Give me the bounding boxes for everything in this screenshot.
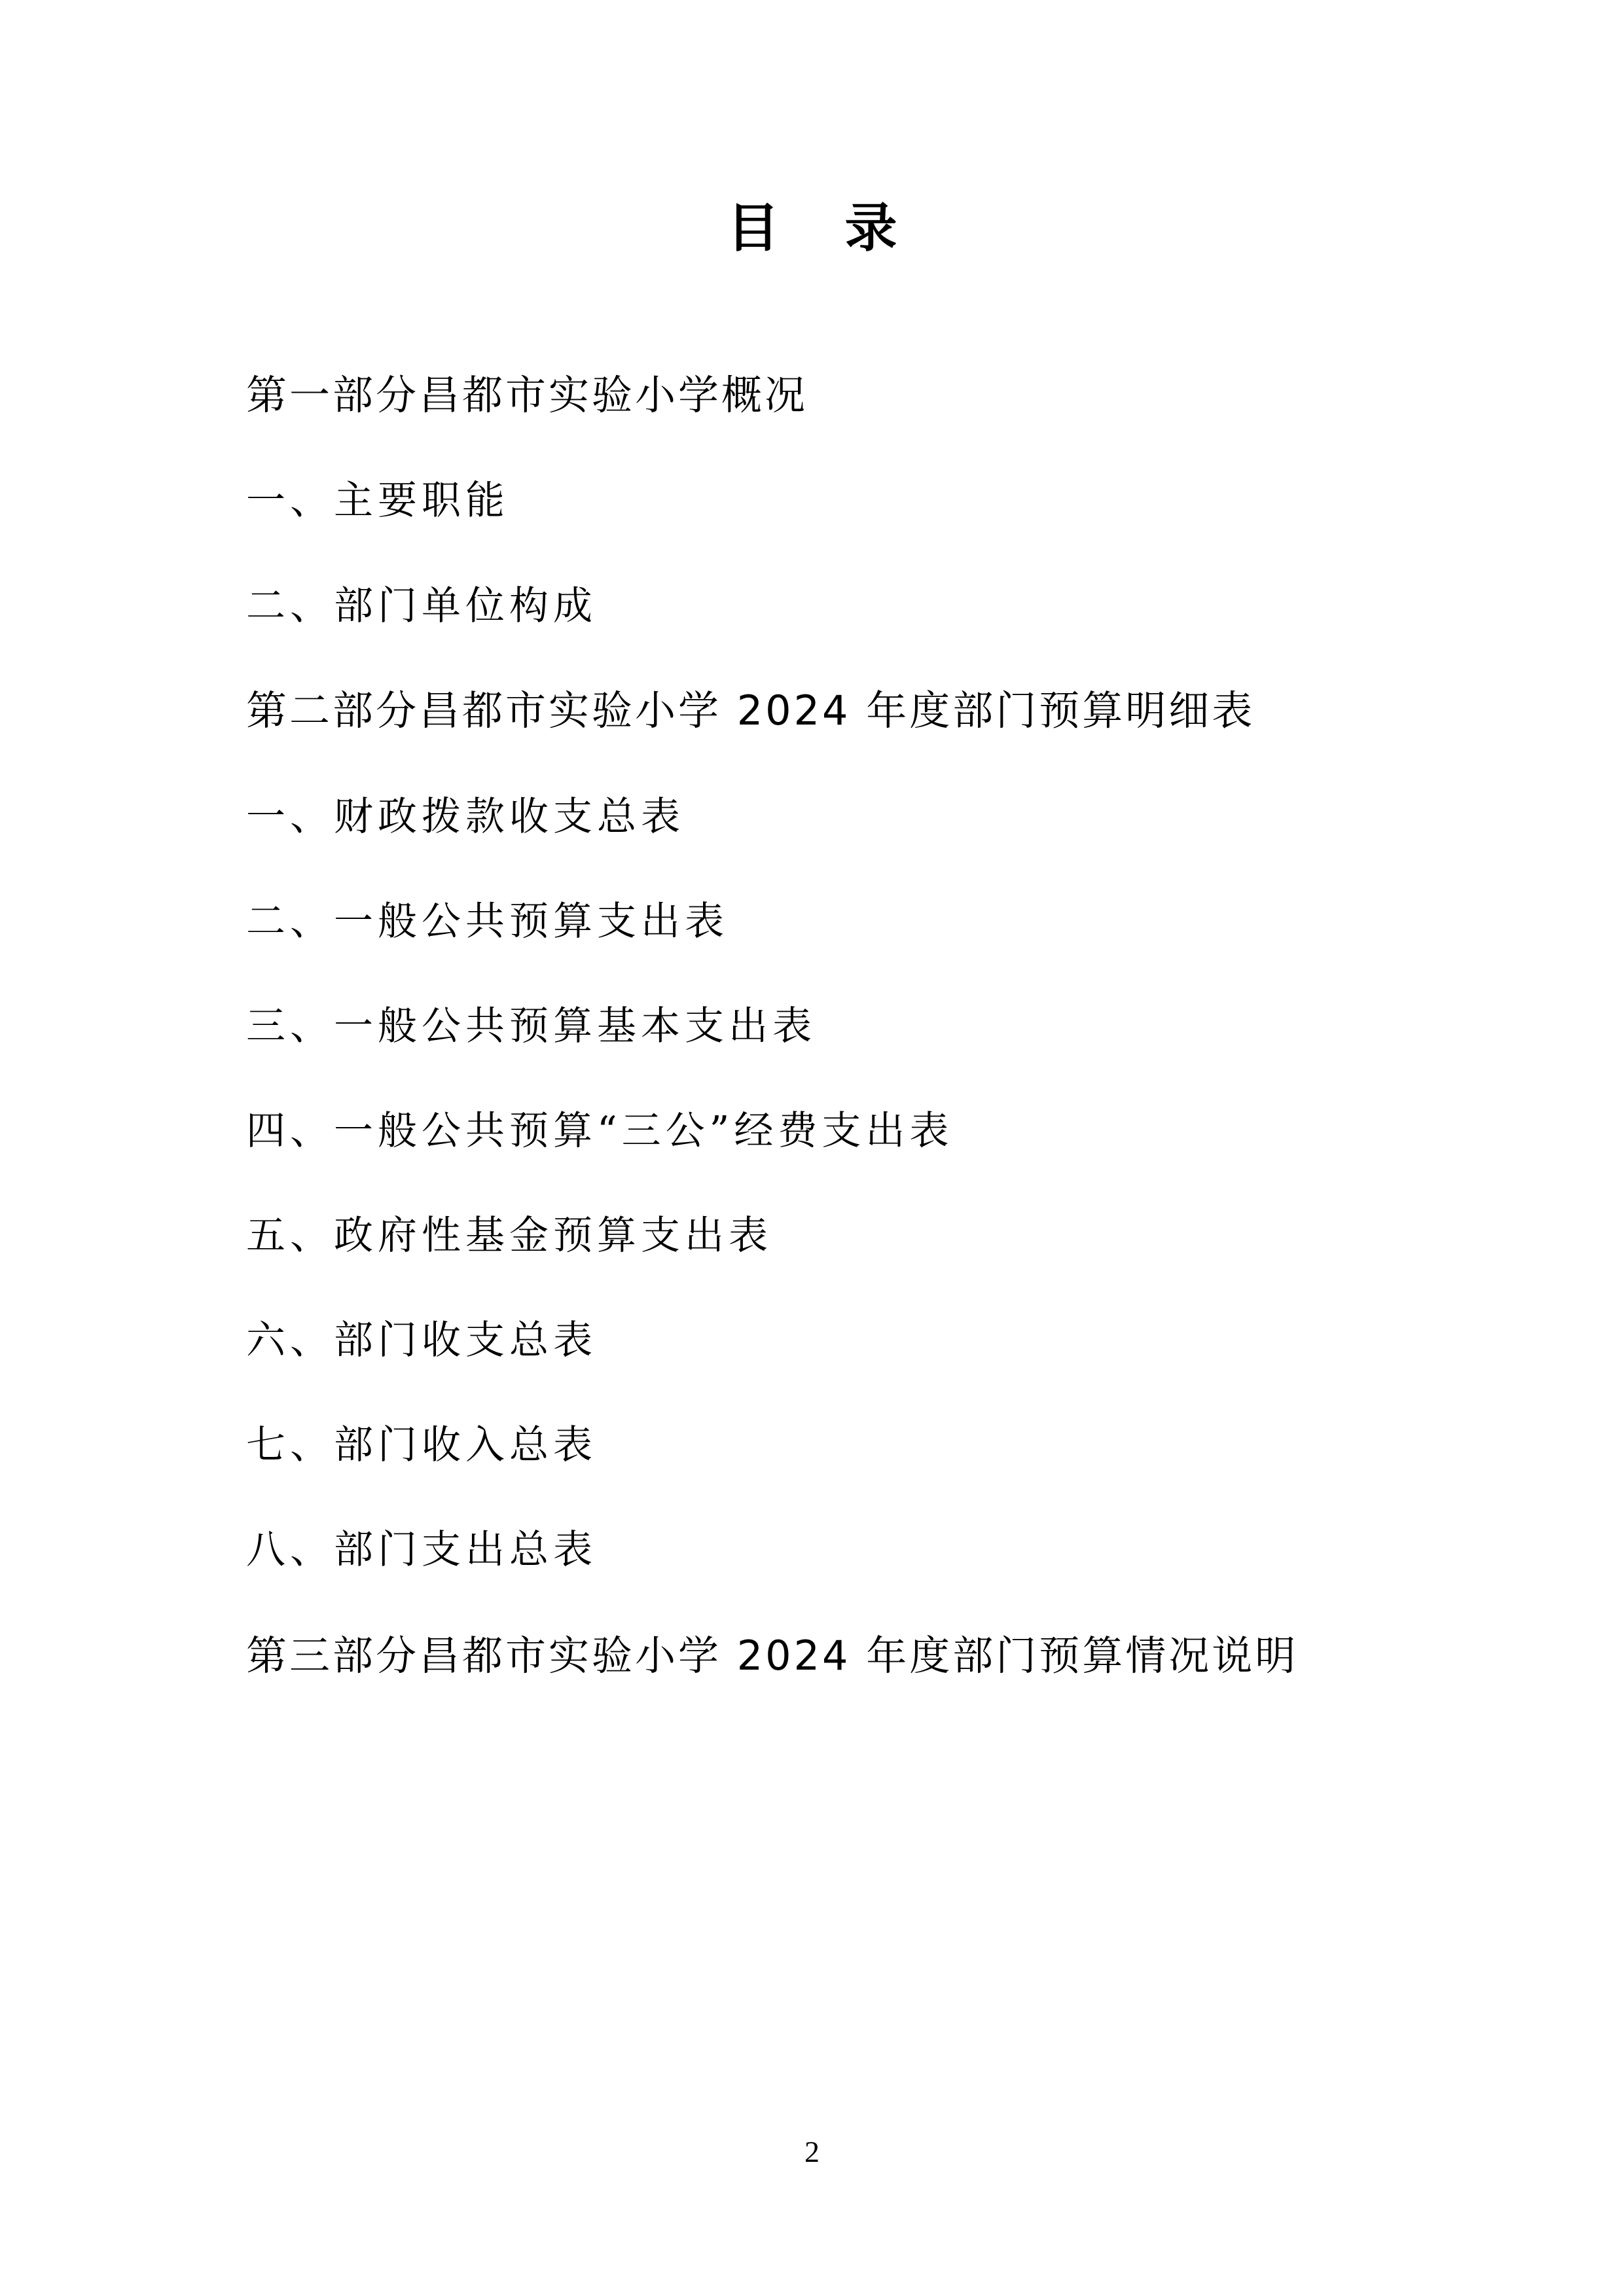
- page-title: 目录: [0, 195, 1624, 260]
- toc-item-main-functions[interactable]: 一、主要职能: [246, 477, 509, 524]
- toc-item-general-public-budget-expenditure[interactable]: 二、一般公共预算支出表: [246, 898, 729, 945]
- toc-item-general-public-budget-basic-expenditure[interactable]: 三、一般公共预算基本支出表: [246, 1003, 816, 1050]
- toc-item-department-expenditure-summary[interactable]: 八、部门支出总表: [246, 1526, 597, 1573]
- page-number: 2: [0, 2132, 1624, 2172]
- toc-item-department-units[interactable]: 二、部门单位构成: [246, 583, 597, 630]
- title-char: 目: [727, 195, 780, 260]
- toc-item-department-revenue-expenditure-summary[interactable]: 六、部门收支总表: [246, 1317, 597, 1364]
- toc-part-1[interactable]: 第一部分昌都市实验小学概况: [246, 372, 808, 419]
- toc-item-fiscal-appropriation-summary[interactable]: 一、财政拨款收支总表: [246, 793, 685, 840]
- toc-item-three-public-expenses[interactable]: 四、一般公共预算“三公”经费支出表: [246, 1107, 953, 1155]
- toc-part-3[interactable]: 第三部分昌都市实验小学 2024 年度部门预算情况说明: [246, 1632, 1298, 1679]
- title-char: 录: [845, 195, 897, 260]
- document-page: 目录 第一部分昌都市实验小学概况 一、主要职能 二、部门单位构成 第二部分昌都市…: [0, 0, 1624, 2296]
- toc-item-department-revenue-summary[interactable]: 七、部门收入总表: [246, 1422, 597, 1469]
- toc-item-government-fund-budget[interactable]: 五、政府性基金预算支出表: [246, 1212, 772, 1259]
- toc-part-2[interactable]: 第二部分昌都市实验小学 2024 年度部门预算明细表: [246, 687, 1255, 734]
